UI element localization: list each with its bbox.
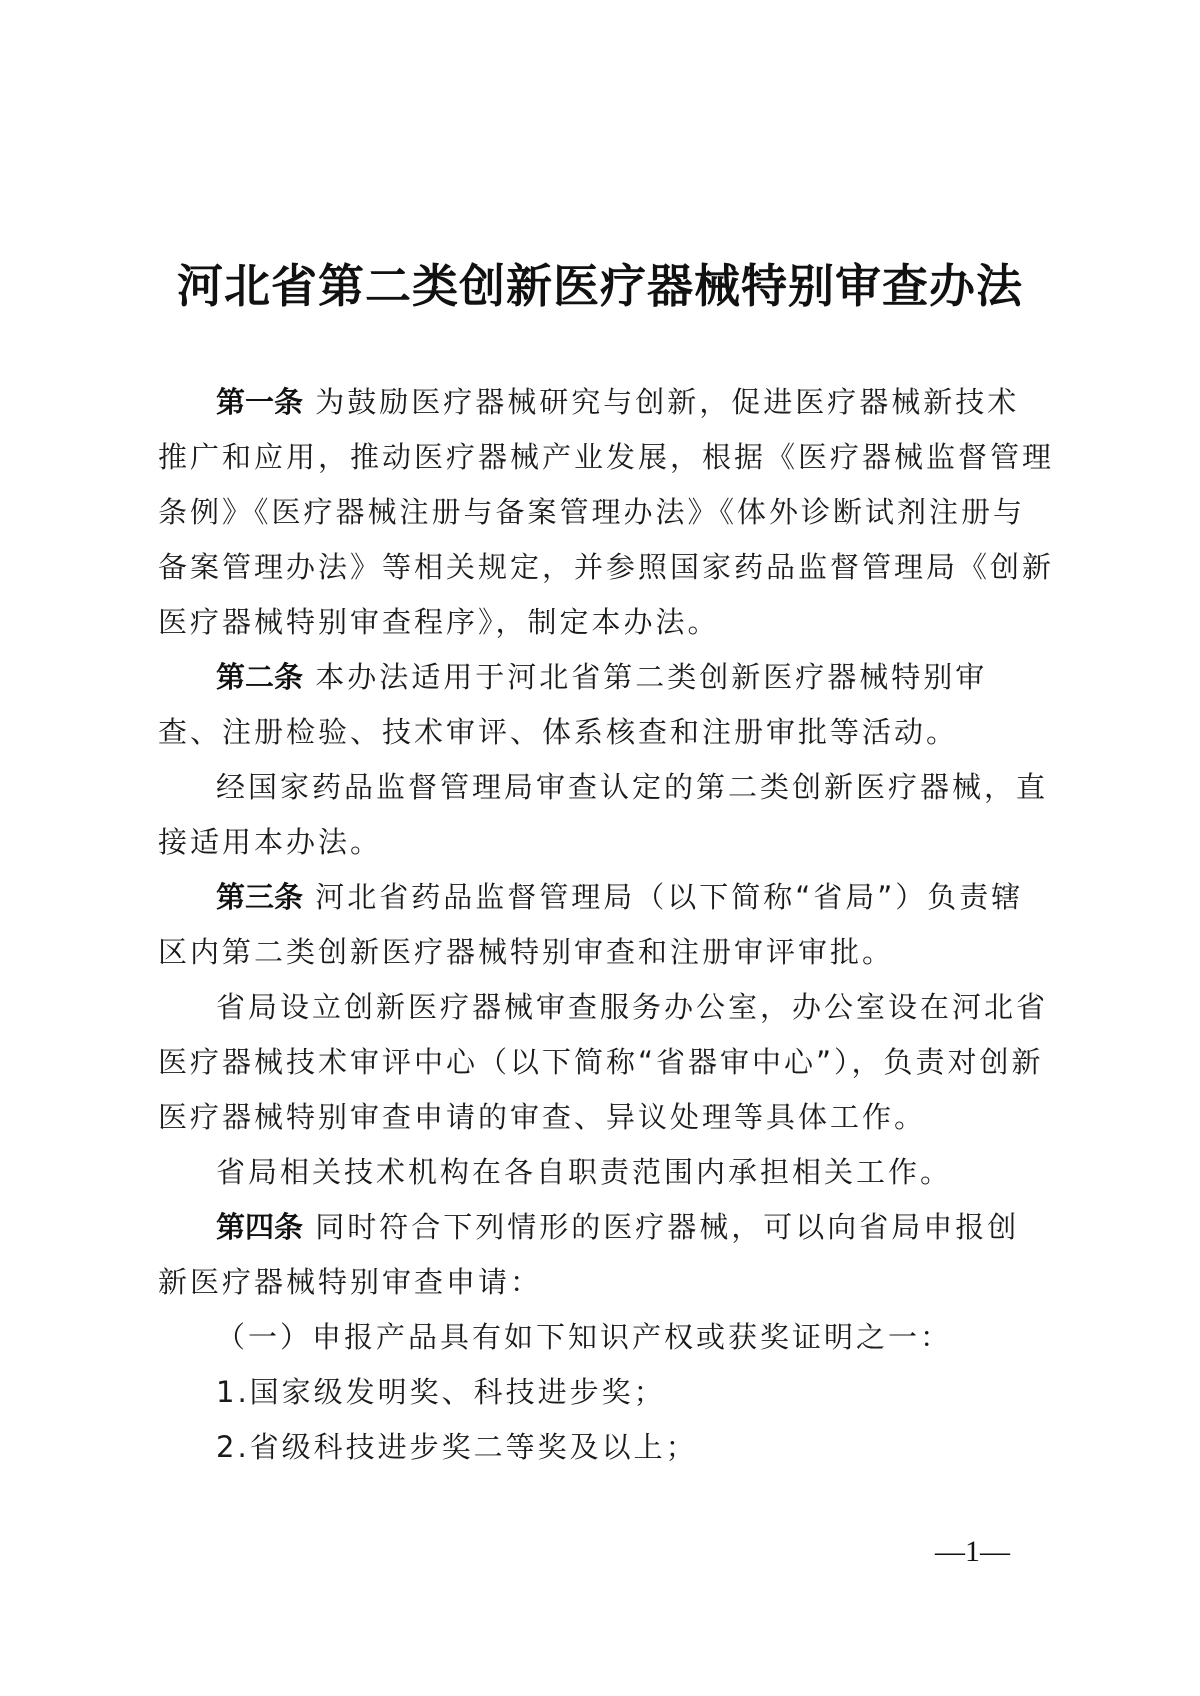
paragraph-line: 备案管理办法》等相关规定，并参照国家药品监督管理局《创新 <box>158 540 1058 595</box>
paragraph-line: 第三条 河北省药品监督管理局（以下简称“省局”）负责辖 <box>158 870 1058 925</box>
line-text: 医疗器械特别审查程序》，制定本办法。 <box>158 605 720 639</box>
paragraph-line: 新医疗器械特别审查申请： <box>158 1255 1058 1310</box>
paragraph-line: 接适用本办法。 <box>158 815 1058 870</box>
line-text: 区内第二类创新医疗器械特别审查和注册审评审批。 <box>158 935 894 969</box>
line-text: 医疗器械特别审查申请的审查、异议处理等具体工作。 <box>158 1100 926 1134</box>
line-text: 条例》《医疗器械注册与备案管理办法》《体外诊断试剂注册与 <box>158 495 1025 529</box>
document-page: 河北省第二类创新医疗器械特别审查办法 第一条 为鼓励医疗器械研究与创新，促进医疗… <box>0 0 1200 1696</box>
paragraph-line: 条例》《医疗器械注册与备案管理办法》《体外诊断试剂注册与 <box>158 485 1058 540</box>
article-heading: 第四条 <box>216 1210 303 1244</box>
paragraph-line: 省局设立创新医疗器械审查服务办公室，办公室设在河北省 <box>158 980 1058 1035</box>
paragraph-line: 第一条 为鼓励医疗器械研究与创新，促进医疗器械新技术 <box>158 375 1058 430</box>
paragraph-line: 推广和应用，推动医疗器械产业发展，根据《医疗器械监督管理 <box>158 430 1058 485</box>
line-text: 医疗器械技术审评中心（以下简称“省器审中心”），负责对创新 <box>158 1045 1044 1079</box>
line-text: 为鼓励医疗器械研究与创新，促进医疗器械新技术 <box>303 385 1019 419</box>
paragraph-line: 查、注册检验、技术审评、体系核查和注册审批等活动。 <box>158 705 1058 760</box>
paragraph-line: 区内第二类创新医疗器械特别审查和注册审评审批。 <box>158 925 1058 980</box>
line-text: 省局设立创新医疗器械审查服务办公室，办公室设在河北省 <box>216 990 1048 1024</box>
line-text: 1.国家级发明奖、科技进步奖； <box>216 1375 666 1409</box>
paragraph-line: 1.国家级发明奖、科技进步奖； <box>158 1365 1058 1420</box>
paragraph-line: 医疗器械技术审评中心（以下简称“省器审中心”），负责对创新 <box>158 1035 1058 1090</box>
paragraph-line: 省局相关技术机构在各自职责范围内承担相关工作。 <box>158 1145 1058 1200</box>
document-title: 河北省第二类创新医疗器械特别审查办法 <box>0 250 1200 316</box>
line-text: 本办法适用于河北省第二类创新医疗器械特别审 <box>303 660 987 694</box>
paragraph-line: （一）申报产品具有如下知识产权或获奖证明之一： <box>158 1310 1058 1365</box>
line-text: 推广和应用，推动医疗器械产业发展，根据《医疗器械监督管理 <box>158 440 1054 474</box>
line-text: （一）申报产品具有如下知识产权或获奖证明之一： <box>216 1320 952 1354</box>
paragraph-line: 第二条 本办法适用于河北省第二类创新医疗器械特别审 <box>158 650 1058 705</box>
line-text: 接适用本办法。 <box>158 825 382 859</box>
line-text: 2.省级科技进步奖二等奖及以上； <box>216 1430 698 1464</box>
article-heading: 第三条 <box>216 880 303 914</box>
line-text: 同时符合下列情形的医疗器械，可以向省局申报创 <box>303 1210 1019 1244</box>
line-text: 新医疗器械特别审查申请： <box>158 1265 542 1299</box>
page-number: —1— <box>935 1535 1010 1569</box>
document-body: 第一条 为鼓励医疗器械研究与创新，促进医疗器械新技术推广和应用，推动医疗器械产业… <box>158 375 1058 1475</box>
paragraph-line: 2.省级科技进步奖二等奖及以上； <box>158 1420 1058 1475</box>
line-text: 备案管理办法》等相关规定，并参照国家药品监督管理局《创新 <box>158 550 1054 584</box>
article-heading: 第一条 <box>216 385 303 419</box>
line-text: 经国家药品监督管理局审查认定的第二类创新医疗器械，直 <box>216 770 1048 804</box>
paragraph-line: 经国家药品监督管理局审查认定的第二类创新医疗器械，直 <box>158 760 1058 815</box>
paragraph-line: 第四条 同时符合下列情形的医疗器械，可以向省局申报创 <box>158 1200 1058 1255</box>
paragraph-line: 医疗器械特别审查程序》，制定本办法。 <box>158 595 1058 650</box>
article-heading: 第二条 <box>216 660 303 694</box>
line-text: 查、注册检验、技术审评、体系核查和注册审批等活动。 <box>158 715 958 749</box>
line-text: 省局相关技术机构在各自职责范围内承担相关工作。 <box>216 1155 952 1189</box>
paragraph-line: 医疗器械特别审查申请的审查、异议处理等具体工作。 <box>158 1090 1058 1145</box>
line-text: 河北省药品监督管理局（以下简称“省局”）负责辖 <box>303 880 1023 914</box>
